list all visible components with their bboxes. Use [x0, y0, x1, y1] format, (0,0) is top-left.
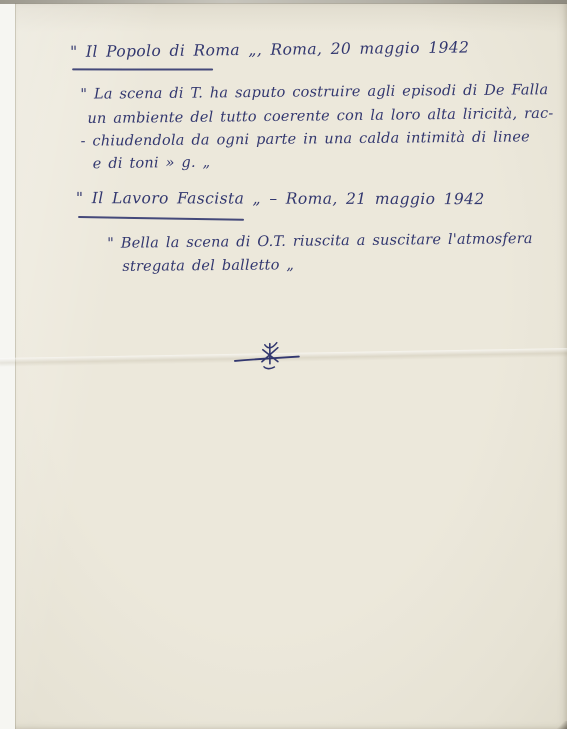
quote-line: un ambiente del tutto coerente con la lo… — [87, 106, 553, 127]
hand-underline-heading-1 — [72, 68, 213, 70]
quote-line: " La scena di T. ha saputo costruire agl… — [80, 82, 548, 102]
open-quote-mark: " — [76, 189, 84, 207]
newspaper-heading-1: " Il Popolo di Roma „, Roma, 20 maggio 1… — [70, 38, 470, 61]
scan-backdrop: " Il Popolo di Roma „, Roma, 20 maggio 1… — [0, 0, 567, 729]
handwriting-layer: " Il Popolo di Roma „, Roma, 20 maggio 1… — [0, 0, 567, 729]
quote-line: - chiudendola da ogni parte in una calda… — [80, 129, 529, 149]
open-quote-mark: " — [70, 43, 78, 61]
quote-line: stregata del balletto „ — [122, 257, 294, 275]
newspaper-title-2: Il Lavoro Fascista — [92, 189, 245, 207]
quote-line: " Bella la scena di O.T. riuscita a susc… — [107, 231, 533, 252]
newspaper-heading-2: " Il Lavoro Fascista „ – Roma, 21 maggio… — [76, 189, 485, 208]
newspaper-title-1: Il Popolo di Roma — [86, 41, 240, 61]
close-quote-mark: „ — [248, 41, 257, 59]
hand-underline-heading-2 — [78, 216, 244, 221]
quote-line: e di toni » g. „ — [93, 155, 211, 173]
flourish-asterisk-icon — [233, 341, 305, 377]
heading-2-location-date: – Roma, 21 maggio 1942 — [261, 190, 485, 209]
heading-1-location-date: , Roma, 20 maggio 1942 — [257, 38, 470, 58]
close-quote-mark: „ — [253, 190, 261, 208]
